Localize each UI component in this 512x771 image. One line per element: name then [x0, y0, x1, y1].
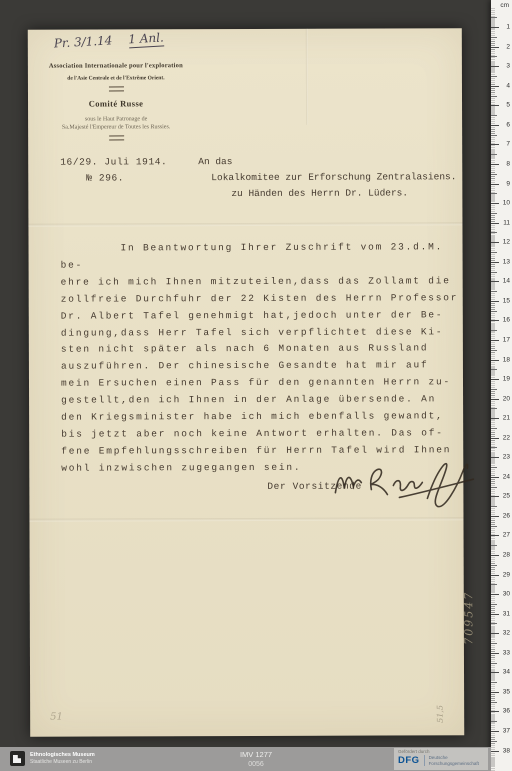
letterhead-patronage-line2: Sa.Majesté l'Empereur de Toutes les Russ… [40, 124, 192, 131]
ruler-tick-label: 1 [506, 24, 510, 31]
ruler-tick-half [491, 389, 497, 390]
footer-bar: Ethnologisches Museum Staatliche Museen … [0, 747, 491, 771]
ruler-tick-half [491, 447, 497, 448]
ruler-tick-label: 32 [503, 630, 510, 637]
ruler-tick-label: 27 [503, 532, 510, 539]
ruler-tick-label: 36 [503, 708, 510, 715]
ruler-tick-label: 33 [503, 649, 510, 656]
ruler-tick-label: 14 [503, 278, 510, 285]
ruler-tick-major [491, 144, 499, 145]
ruler-tick-label: 5 [506, 102, 510, 109]
ruler-tick-major [491, 125, 499, 126]
ruler-tick-half [491, 487, 497, 488]
reference-id: IMV 1277 [240, 750, 272, 760]
ruler-tick-major [491, 86, 499, 87]
letter-page: Pr. 3/1.141 Anl. Association Internation… [28, 28, 464, 737]
ruler-tick-major [491, 320, 499, 321]
reference-page: 0056 [240, 760, 272, 769]
ruler-tick-major [491, 594, 499, 595]
ruler-tick-half [491, 545, 497, 546]
ruler-tick-major [491, 360, 499, 361]
museum-logo-icon [10, 751, 25, 766]
recipient-attention: zu Händen des Herrn Dr. Lüders. [231, 187, 456, 199]
ruler-tick-label: 8 [506, 161, 510, 168]
funding-block: Gefördert durch DFG Deutsche Forschungsg… [394, 748, 488, 770]
ruler-tick-half [491, 96, 497, 97]
ruler-tick-label: 30 [503, 591, 510, 598]
ruler-tick-half [491, 252, 497, 253]
ruler-tick-major [491, 672, 499, 673]
ruler-tick-major [491, 66, 499, 67]
ruler-ticks: 1234567891011121314151617181920212223242… [491, 0, 512, 771]
ruler-tick-label: 37 [503, 727, 510, 734]
ruler-tick-half [491, 56, 497, 57]
ruler-tick-label: 17 [503, 336, 510, 343]
ruler-tick-label: 28 [503, 552, 510, 559]
ruler-tick-half [491, 76, 497, 77]
ruler-tick-major [491, 281, 499, 282]
ruler-tick-major [491, 262, 499, 263]
ruler-tick-half [491, 37, 497, 38]
ruler-tick-major [491, 438, 499, 439]
recipient-block: An das Lokalkomitee zur Erforschung Zent… [198, 155, 456, 199]
ruler-tick-half [491, 702, 497, 703]
ruler-tick-half [491, 232, 497, 233]
ruler-tick-major [491, 184, 499, 185]
ruler-tick-label: 11 [503, 219, 510, 226]
ruler: cm 1234567891011121314151617181920212223… [491, 0, 512, 771]
dfg-text-line2: Forschungsgemeinschaft [429, 761, 479, 766]
letter-date: 16/29. Juli 1914. [60, 156, 167, 167]
measure-note-pencil: 51,5 [435, 633, 444, 723]
ruler-tick-major [491, 379, 499, 380]
ruler-tick-label: 15 [503, 297, 510, 304]
ruler-tick-half [491, 350, 497, 351]
dfg-logo-text: Deutsche Forschungsgemeinschaft [424, 755, 479, 766]
ruler-tick-major [491, 731, 499, 732]
ruler-tick-label: 6 [506, 121, 510, 128]
ruler-tick-major [491, 692, 499, 693]
ruler-tick-label: 10 [503, 200, 510, 207]
funding-pretext: Gefördert durch [398, 749, 484, 754]
ruler-tick-half [491, 408, 497, 409]
recipient-committee: Lokalkomitee zur Erforschung Zentralasie… [211, 171, 456, 183]
ruler-tick-major [491, 301, 499, 302]
ruler-tick-label: 26 [503, 512, 510, 519]
ruler-tick-major [491, 340, 499, 341]
ruler-tick-major [491, 457, 499, 458]
ruler-tick-label: 38 [503, 747, 510, 754]
dfg-text-line1: Deutsche [429, 755, 448, 760]
ruler-tick-major [491, 47, 499, 48]
ruler-tick-label: 19 [503, 376, 510, 383]
ruler-tick-label: 2 [506, 43, 510, 50]
ruler-tick-half [491, 193, 497, 194]
ruler-tick-major [491, 653, 499, 654]
letter-body: In Beantwortung Ihrer Zuschrift vom 23.d… [61, 239, 462, 477]
ruler-tick-major [491, 516, 499, 517]
ruler-tick-label: 35 [503, 688, 510, 695]
ruler-tick-label: 7 [506, 141, 510, 148]
ruler-tick-label: 34 [503, 669, 510, 676]
dateline-block: 16/29. Juli 1914. № 296. [60, 156, 167, 183]
paper-fold-horizontal-lower [29, 517, 463, 522]
ruler-tick-major [491, 477, 499, 478]
ruler-tick-major [491, 535, 499, 536]
scan-viewer: Pr. 3/1.141 Anl. Association Internation… [0, 0, 512, 771]
institution-name: Ethnologisches Museum [30, 752, 95, 759]
inventory-number-pencil: 709547 [462, 535, 475, 645]
letterhead-rule-ornament-bottom [109, 135, 124, 140]
ruler-tick-label: 16 [503, 317, 510, 324]
ruler-tick-major [491, 203, 499, 204]
ruler-tick-half [491, 154, 497, 155]
ruler-tick-major [491, 496, 499, 497]
ruler-tick-half [491, 311, 497, 312]
ruler-tick-major [491, 105, 499, 106]
letter-number: № 296. [86, 172, 167, 183]
ruler-tick-label: 18 [503, 356, 510, 363]
ruler-tick-major [491, 242, 499, 243]
ruler-tick-major [491, 555, 499, 556]
ruler-tick-label: 25 [503, 493, 510, 500]
institution-text: Ethnologisches Museum Staatliche Museen … [30, 752, 95, 765]
ruler-tick-half [491, 643, 497, 644]
institution-block: Ethnologisches Museum Staatliche Museen … [10, 751, 95, 766]
ruler-tick-half [491, 17, 497, 18]
handwritten-registry-note: Pr. 3/1.141 Anl. [54, 30, 165, 50]
ruler-tick-label: 13 [503, 258, 510, 265]
ruler-tick-half [491, 174, 497, 175]
ruler-tick-half [491, 604, 497, 605]
ruler-tick-half [491, 272, 497, 273]
dfg-logo: DFG [398, 755, 420, 766]
ruler-tick-half [491, 506, 497, 507]
signature-radloff [327, 456, 477, 515]
ruler-tick-half [491, 565, 497, 566]
letterhead-patronage-line1: sous le Haut Patronage de [40, 116, 192, 123]
ruler-tick-major [491, 27, 499, 28]
funding-logo-row: DFG Deutsche Forschungsgemeinschaft [398, 755, 484, 766]
letterhead-committee: Comité Russe [40, 98, 192, 109]
ruler-tick-label: 22 [503, 434, 510, 441]
ruler-tick-label: 21 [503, 415, 510, 422]
ruler-tick-label: 12 [503, 239, 510, 246]
ruler-tick-label: 29 [503, 571, 510, 578]
ruler-tick-half [491, 428, 497, 429]
reference-block: IMV 1277 0056 [240, 750, 272, 769]
ruler-tick-half [491, 584, 497, 585]
ruler-tick-half [491, 682, 497, 683]
letterhead-association-line2: de l'Asie Centrale et de l'Extrême Orien… [40, 75, 192, 82]
ruler-tick-major [491, 751, 499, 752]
ruler-tick-major [491, 614, 499, 615]
ruler-tick-half [491, 623, 497, 624]
ruler-tick-major [491, 399, 499, 400]
ruler-tick-major [491, 223, 499, 224]
registry-note-enclosure: 1 Anl. [128, 30, 164, 48]
recipient-salutation: An das [198, 155, 456, 167]
registry-note-date: Pr. 3/1.14 [54, 33, 113, 50]
ruler-tick-half [491, 330, 497, 331]
ruler-tick-label: 4 [506, 82, 510, 89]
ruler-tick-half [491, 291, 497, 292]
ruler-tick-label: 31 [503, 610, 510, 617]
ruler-tick-half [491, 467, 497, 468]
ruler-tick-major [491, 633, 499, 634]
ruler-tick-half [491, 721, 497, 722]
ruler-tick-label: 20 [503, 395, 510, 402]
ruler-tick-half [491, 663, 497, 664]
ruler-tick-half [491, 369, 497, 370]
page-number-pencil: 51 [50, 712, 63, 723]
paper-fold-vertical [306, 29, 308, 125]
ruler-tick-half [491, 135, 497, 136]
ruler-tick-major [491, 711, 499, 712]
ruler-tick-label: 3 [506, 63, 510, 70]
ruler-tick-half [491, 115, 497, 116]
letterhead-association-line1: Association Internationale pour l'explor… [40, 62, 192, 70]
ruler-tick-label: 23 [503, 454, 510, 461]
ruler-tick-half [491, 526, 497, 527]
ruler-tick-half [491, 213, 497, 214]
letterhead: Association Internationale pour l'explor… [40, 62, 192, 141]
ruler-tick-major [491, 575, 499, 576]
letterhead-rule-ornament [108, 86, 123, 91]
ruler-tick-major [491, 418, 499, 419]
ruler-tick-half [491, 741, 497, 742]
ruler-tick-label: 24 [503, 473, 510, 480]
ruler-tick-major [491, 164, 499, 165]
institution-parent: Staatliche Museen zu Berlin [30, 759, 95, 765]
paper-fold-horizontal-upper [28, 222, 462, 227]
ruler-tick-label: 9 [506, 180, 510, 187]
